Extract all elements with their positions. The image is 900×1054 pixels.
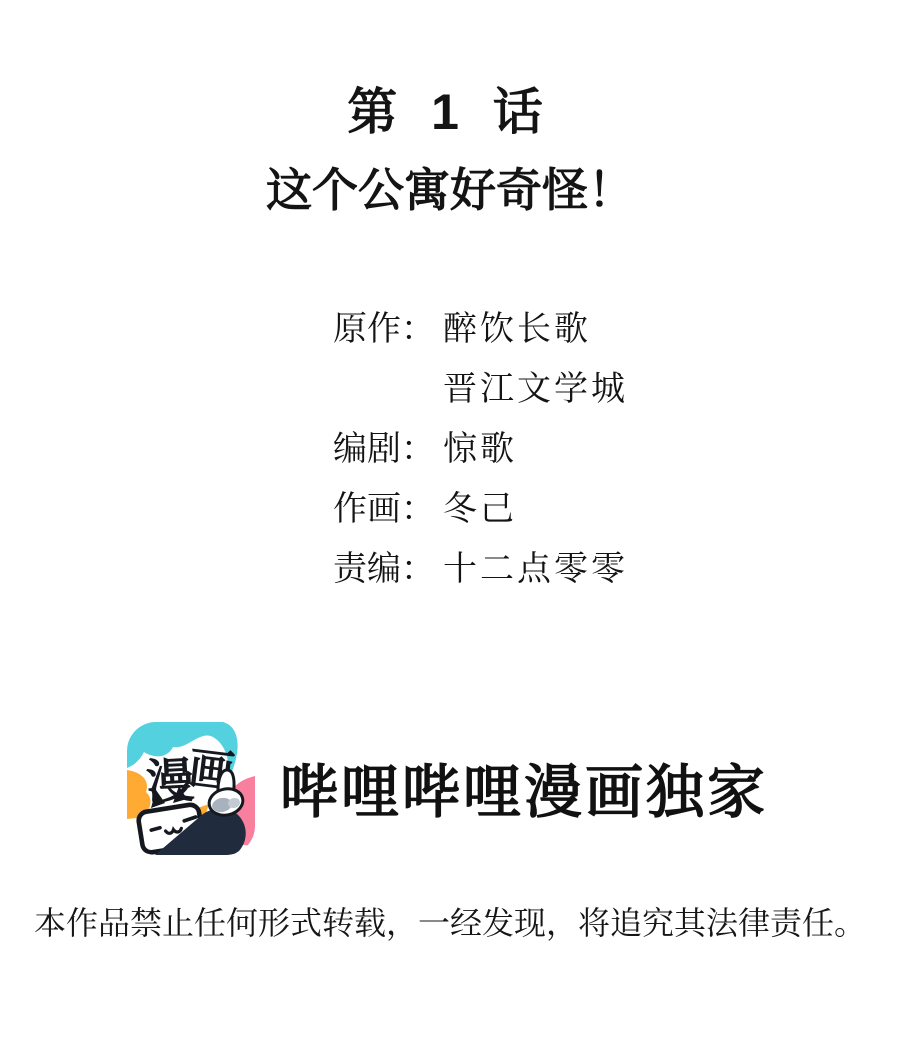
credit-value: 冬己: [443, 481, 517, 530]
credit-row-artist: 作画： 冬己: [333, 475, 628, 535]
episode-title: 这个公寓好奇怪！: [0, 162, 900, 218]
credit-label: 作画：: [333, 481, 443, 530]
credit-value: 醉饮长歌: [443, 301, 591, 350]
copyright-disclaimer: 本作品禁止任何形式转载，一经发现，将追究其法律责任。: [0, 901, 900, 945]
credit-label: 编剧：: [333, 421, 443, 470]
credit-row-screenwriter: 编剧： 惊歌: [333, 415, 628, 475]
credits-block: 原作： 醉饮长歌 晋江文学城 编剧： 惊歌 作画： 冬己 责编： 十二点零零: [333, 295, 628, 595]
credit-row-source-site: 晋江文学城: [333, 355, 628, 415]
credit-label: 原作：: [333, 301, 443, 350]
credit-label: 责编：: [333, 541, 443, 590]
credit-row-editor: 责编： 十二点零零: [333, 535, 628, 595]
credit-row-original-author: 原作： 醉饮长歌: [333, 295, 628, 355]
chapter-number-title: 第 1 话: [0, 86, 900, 138]
credit-value: 晋江文学城: [443, 361, 628, 410]
bilibili-manga-exclusive-text: 哔哩哔哩漫画独家: [280, 761, 768, 825]
bilibili-manga-logo-icon: 漫 画: [127, 722, 255, 855]
manga-title-page: 第 1 话 这个公寓好奇怪！ 原作： 醉饮长歌 晋江文学城 编剧： 惊歌 作画：…: [0, 0, 900, 1054]
credit-value: 惊歌: [443, 421, 517, 470]
credit-value: 十二点零零: [443, 541, 628, 590]
